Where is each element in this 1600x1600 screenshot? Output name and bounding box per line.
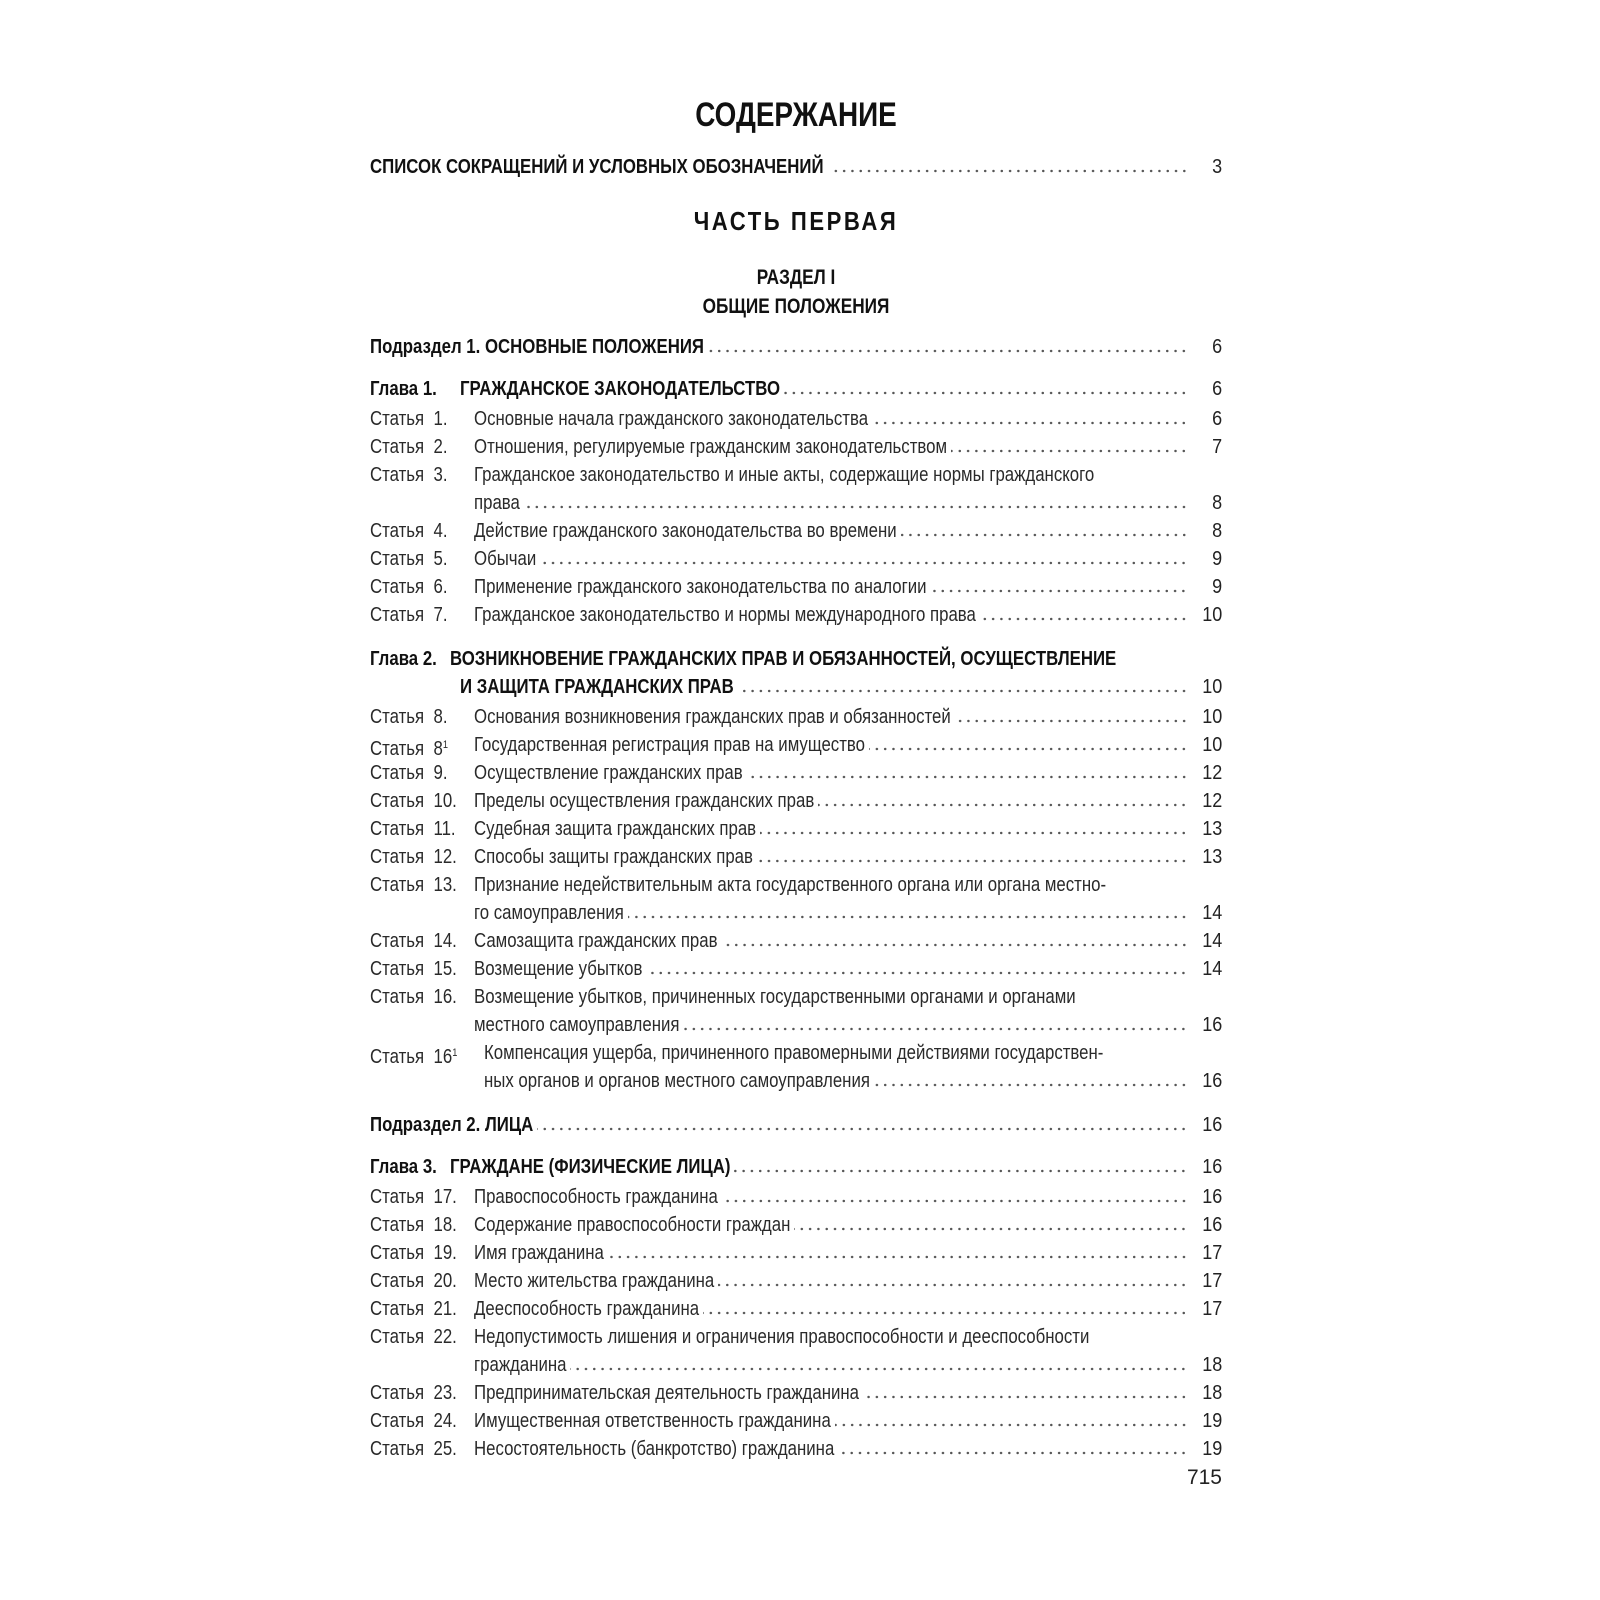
toc-entry-text: Осуществление гражданских прав xyxy=(474,760,743,786)
chapter-label: Глава 2. xyxy=(370,646,437,672)
toc-entry-article[interactable]: Статья 11.Судебная защита гражданских пр… xyxy=(370,816,1222,842)
toc-entry-article[interactable]: Статья 161Компенсация ущерба, причиненно… xyxy=(370,1040,1222,1066)
dot-leader xyxy=(738,689,1188,693)
toc-entry-article[interactable]: Статья 23.Предпринимательская деятельнос… xyxy=(370,1380,1222,1406)
dot-leader xyxy=(838,1451,1188,1455)
toc-entry-article[interactable]: Статья 18.Содержание правоспособности гр… xyxy=(370,1212,1222,1238)
toc-entry-continuation[interactable]: го самоуправления14 xyxy=(370,900,1222,926)
toc-entry-chapter[interactable]: Глава 1.ГРАЖДАНСКОЕ ЗАКОНОДАТЕЛЬСТВО6 xyxy=(370,376,1222,402)
toc-entry-text: Подраздел 2. ЛИЦА xyxy=(370,1112,533,1138)
toc-entry-text: Государственная регистрация прав на имущ… xyxy=(474,732,865,758)
dot-leader xyxy=(683,1027,1188,1031)
toc-entry-abbreviations[interactable]: СПИСОК СОКРАЩЕНИЙ И УСЛОВНЫХ ОБОЗНАЧЕНИЙ… xyxy=(370,154,1222,180)
toc-entry-continuation[interactable]: местного самоуправления16 xyxy=(370,1012,1222,1038)
toc-entry-text: Отношения, регулируемые гражданским зако… xyxy=(474,434,947,460)
dot-leader xyxy=(537,1127,1188,1131)
toc-page-number: 14 xyxy=(1202,900,1222,926)
toc-entry-text: ГРАЖДАНЕ (ФИЗИЧЕСКИЕ ЛИЦА) xyxy=(450,1154,730,1180)
article-label: Статья 7. xyxy=(370,602,448,628)
dot-leader xyxy=(832,169,1188,173)
toc-entry-text: Гражданское законодательство и иные акты… xyxy=(474,462,1094,488)
toc-entry-text: гражданина xyxy=(474,1352,566,1378)
toc-entry-text: ВОЗНИКНОВЕНИЕ ГРАЖДАНСКИХ ПРАВ И ОБЯЗАНН… xyxy=(450,646,1116,672)
toc-entry-text: Основные начала гражданского законодател… xyxy=(474,406,868,432)
toc-entry-article[interactable]: Статья 12.Способы защиты гражданских пра… xyxy=(370,844,1222,870)
article-label: Статья 20. xyxy=(370,1268,457,1294)
dot-leader xyxy=(646,971,1188,975)
article-label: Статья 81 xyxy=(370,732,448,762)
dot-leader xyxy=(872,421,1188,425)
toc-page-number: 12 xyxy=(1202,760,1222,786)
toc-entry-continuation[interactable]: И ЗАЩИТА ГРАЖДАНСКИХ ПРАВ10 xyxy=(370,674,1222,700)
toc-entry-text: Действие гражданского законодательства в… xyxy=(474,518,897,544)
toc-entry-text: местного самоуправления xyxy=(474,1012,679,1038)
dot-leader xyxy=(980,617,1188,621)
toc-entry-article[interactable]: Статья 25.Несостоятельность (банкротство… xyxy=(370,1436,1222,1462)
toc-entry-subsection[interactable]: Подраздел 1. ОСНОВНЫЕ ПОЛОЖЕНИЯ6 xyxy=(370,334,1222,360)
toc-entry-article[interactable]: Статья 4.Действие гражданского законодат… xyxy=(370,518,1222,544)
toc-page-number: 16 xyxy=(1202,1212,1222,1238)
toc-page-number: 16 xyxy=(1202,1112,1222,1138)
dot-leader xyxy=(760,831,1188,835)
dot-leader xyxy=(734,1169,1188,1173)
dot-leader xyxy=(794,1227,1188,1231)
toc-page-number: 14 xyxy=(1202,956,1222,982)
toc-entry-text: Правоспособность гражданина xyxy=(474,1184,718,1210)
toc-entry-continuation[interactable]: права8 xyxy=(370,490,1222,516)
article-label: Статья 4. xyxy=(370,518,448,544)
toc-entry-text: го самоуправления xyxy=(474,900,624,926)
toc-page-number: 17 xyxy=(1202,1296,1222,1322)
toc-entry-article[interactable]: Статья 2.Отношения, регулируемые граждан… xyxy=(370,434,1222,460)
dot-leader xyxy=(955,719,1188,723)
dot-leader xyxy=(722,943,1188,947)
toc-page-number: 9 xyxy=(1212,546,1222,572)
toc-entry-text: права xyxy=(474,490,520,516)
toc-page-number: 16 xyxy=(1202,1184,1222,1210)
toc-page-number: 10 xyxy=(1202,732,1222,758)
dot-leader xyxy=(757,859,1188,863)
toc-page-number: 10 xyxy=(1202,674,1222,700)
article-label: Статья 5. xyxy=(370,546,448,572)
article-label: Статья 2. xyxy=(370,434,448,460)
toc-entry-text: Имущественная ответственность гражданина xyxy=(474,1408,831,1434)
toc-entry-text: Обычаи xyxy=(474,546,536,572)
toc-page-number: 6 xyxy=(1212,406,1222,432)
dot-leader xyxy=(540,561,1188,565)
toc-entry-continuation[interactable]: ных органов и органов местного самоуправ… xyxy=(370,1068,1222,1094)
toc-entry-text: Подраздел 1. ОСНОВНЫЕ ПОЛОЖЕНИЯ xyxy=(370,334,704,360)
article-label: Статья 15. xyxy=(370,956,457,982)
dot-leader xyxy=(608,1255,1188,1259)
toc-entry-text: Имя гражданина xyxy=(474,1240,604,1266)
dot-leader xyxy=(818,803,1188,807)
toc-entry-article[interactable]: Статья 21.Дееспособность гражданина17 xyxy=(370,1296,1222,1322)
toc-page-number: 16 xyxy=(1202,1012,1222,1038)
toc-page-number: 17 xyxy=(1202,1268,1222,1294)
toc-page-number: 14 xyxy=(1202,928,1222,954)
article-label: Статья 13. xyxy=(370,872,457,898)
toc-page-number: 10 xyxy=(1202,602,1222,628)
toc-entry-text: Содержание правоспособности граждан xyxy=(474,1212,790,1238)
toc-entry-text: ГРАЖДАНСКОЕ ЗАКОНОДАТЕЛЬСТВО xyxy=(460,376,780,402)
toc-entry-article[interactable]: Статья 7.Гражданское законодательство и … xyxy=(370,602,1222,628)
toc-entry-continuation[interactable]: гражданина18 xyxy=(370,1352,1222,1378)
article-label: Статья 6. xyxy=(370,574,448,600)
article-label: Статья 12. xyxy=(370,844,457,870)
article-label: Статья 10. xyxy=(370,788,457,814)
toc-page-number: 7 xyxy=(1212,434,1222,460)
article-label: Статья 161 xyxy=(370,1040,457,1070)
part-heading: ЧАСТЬ ПЕРВАЯ xyxy=(434,206,1158,237)
toc-entry-article[interactable]: Статья 1.Основные начала гражданского за… xyxy=(370,406,1222,432)
toc-page-number: 8 xyxy=(1212,490,1222,516)
toc-entry-text: И ЗАЩИТА ГРАЖДАНСКИХ ПРАВ xyxy=(460,674,734,700)
dot-leader xyxy=(570,1367,1188,1371)
article-label: Статья 1. xyxy=(370,406,448,432)
dot-leader xyxy=(784,391,1188,395)
toc-entry-article[interactable]: Статья 22.Недопустимость лишения и огран… xyxy=(370,1324,1222,1350)
toc-entry-text: Возмещение убытков, причиненных государс… xyxy=(474,984,1076,1010)
article-label: Статья 19. xyxy=(370,1240,457,1266)
toc-page-number: 19 xyxy=(1202,1436,1222,1462)
dot-leader xyxy=(708,349,1188,353)
toc-page-number: 12 xyxy=(1202,788,1222,814)
dot-leader xyxy=(863,1395,1188,1399)
toc-entry-article[interactable]: Статья 14.Самозащита гражданских прав14 xyxy=(370,928,1222,954)
toc-page-number: 3 xyxy=(1212,154,1222,180)
article-label: Статья 21. xyxy=(370,1296,457,1322)
toc-entry-text: Основания возникновения гражданских прав… xyxy=(474,704,951,730)
dot-leader xyxy=(718,1283,1188,1287)
section-label: РАЗДЕЛ I xyxy=(447,266,1146,290)
toc-entry-article[interactable]: Статья 3.Гражданское законодательство и … xyxy=(370,462,1222,488)
toc-entry-article[interactable]: Статья 6.Применение гражданского законод… xyxy=(370,574,1222,600)
toc-entry-article[interactable]: Статья 19.Имя гражданина17 xyxy=(370,1240,1222,1266)
toc-page-number: 17 xyxy=(1202,1240,1222,1266)
toc-entry-article[interactable]: Статья 16.Возмещение убытков, причиненны… xyxy=(370,984,1222,1010)
dot-leader xyxy=(930,589,1188,593)
chapter-label: Глава 3. xyxy=(370,1154,437,1180)
article-label: Статья 23. xyxy=(370,1380,457,1406)
toc-entry-text: Предпринимательская деятельность граждан… xyxy=(474,1380,859,1406)
toc-entry-text: Применение гражданского законодательства… xyxy=(474,574,926,600)
toc-page-number: 18 xyxy=(1202,1380,1222,1406)
toc-entry-article[interactable]: Статья 15.Возмещение убытков14 xyxy=(370,956,1222,982)
toc-entry-chapter[interactable]: Глава 2.ВОЗНИКНОВЕНИЕ ГРАЖДАНСКИХ ПРАВ И… xyxy=(370,646,1222,672)
toc-page-number: 16 xyxy=(1202,1068,1222,1094)
dot-leader xyxy=(703,1311,1188,1315)
toc-page-number: 18 xyxy=(1202,1352,1222,1378)
article-label: Статья 17. xyxy=(370,1184,457,1210)
dot-leader xyxy=(951,449,1188,453)
chapter-label: Глава 1. xyxy=(370,376,437,402)
toc-entry-text: Несостоятельность (банкротство) граждани… xyxy=(474,1436,834,1462)
article-label: Статья 9. xyxy=(370,760,448,786)
toc-page-number: 9 xyxy=(1212,574,1222,600)
dot-leader xyxy=(874,1083,1188,1087)
article-label: Статья 24. xyxy=(370,1408,457,1434)
toc-entry-text: Гражданское законодательство и нормы меж… xyxy=(474,602,976,628)
toc-entry-text: Пределы осуществления гражданских прав xyxy=(474,788,814,814)
toc-entry-article[interactable]: Статья 10.Пределы осуществления гражданс… xyxy=(370,788,1222,814)
toc-page-number: 16 xyxy=(1202,1154,1222,1180)
toc-page-number: 6 xyxy=(1212,376,1222,402)
toc-page-number: 6 xyxy=(1212,334,1222,360)
dot-leader xyxy=(835,1423,1188,1427)
article-label: Статья 16. xyxy=(370,984,457,1010)
dot-leader xyxy=(747,775,1188,779)
article-label: Статья 18. xyxy=(370,1212,457,1238)
toc-entry-article[interactable]: Статья 5.Обычаи9 xyxy=(370,546,1222,572)
toc-entry-chapter[interactable]: Глава 3.ГРАЖДАНЕ (ФИЗИЧЕСКИЕ ЛИЦА)16 xyxy=(370,1154,1222,1180)
dot-leader xyxy=(901,533,1188,537)
toc-entry-text: Судебная защита гражданских прав xyxy=(474,816,756,842)
toc-entry-text: Недопустимость лишения и ограничения пра… xyxy=(474,1324,1089,1350)
dot-leader xyxy=(722,1199,1188,1203)
toc-entry-text: Способы защиты гражданских прав xyxy=(474,844,753,870)
toc-page-number: 19 xyxy=(1202,1408,1222,1434)
section-title: ОБЩИЕ ПОЛОЖЕНИЯ xyxy=(447,295,1146,319)
article-label: Статья 8. xyxy=(370,704,448,730)
page-number: 715 xyxy=(1187,1466,1222,1490)
toc-entry-article[interactable]: Статья 24.Имущественная ответственность … xyxy=(370,1408,1222,1434)
article-label: Статья 14. xyxy=(370,928,457,954)
dot-leader xyxy=(628,915,1188,919)
article-label: Статья 11. xyxy=(370,816,456,842)
toc-page-number: 13 xyxy=(1202,844,1222,870)
article-label: Статья 25. xyxy=(370,1436,457,1462)
dot-leader xyxy=(869,747,1188,751)
toc-entry-text: Признание недействительным акта государс… xyxy=(474,872,1106,898)
toc-entry-text: Дееспособность гражданина xyxy=(474,1296,699,1322)
toc-entry-text: ных органов и органов местного самоуправ… xyxy=(484,1068,870,1094)
page-title: СОДЕРЖАНИЕ xyxy=(447,96,1146,135)
toc-page-number: 8 xyxy=(1212,518,1222,544)
toc-page-number: 10 xyxy=(1202,704,1222,730)
dot-leader xyxy=(524,505,1188,509)
toc-entry-text: Место жительства гражданина xyxy=(474,1268,714,1294)
toc-entry-article[interactable]: Статья 81Государственная регистрация пра… xyxy=(370,732,1222,758)
toc-entry-text: Возмещение убытков xyxy=(474,956,642,982)
toc-entry-article[interactable]: Статья 20.Место жительства гражданина17 xyxy=(370,1268,1222,1294)
toc-entry-article[interactable]: Статья 17.Правоспособность гражданина16 xyxy=(370,1184,1222,1210)
article-label: Статья 3. xyxy=(370,462,448,488)
toc-entry-text: СПИСОК СОКРАЩЕНИЙ И УСЛОВНЫХ ОБОЗНАЧЕНИЙ xyxy=(370,154,824,180)
toc-entry-article[interactable]: Статья 13.Признание недействительным акт… xyxy=(370,872,1222,898)
toc-entry-article[interactable]: Статья 9.Осуществление гражданских прав1… xyxy=(370,760,1222,786)
toc-entry-article[interactable]: Статья 8.Основания возникновения граждан… xyxy=(370,704,1222,730)
toc-entry-text: Самозащита гражданских прав xyxy=(474,928,718,954)
toc-entry-text: Компенсация ущерба, причиненного правоме… xyxy=(484,1040,1103,1066)
toc-entry-subsection[interactable]: Подраздел 2. ЛИЦА16 xyxy=(370,1112,1222,1138)
toc-page-number: 13 xyxy=(1202,816,1222,842)
article-label: Статья 22. xyxy=(370,1324,457,1350)
